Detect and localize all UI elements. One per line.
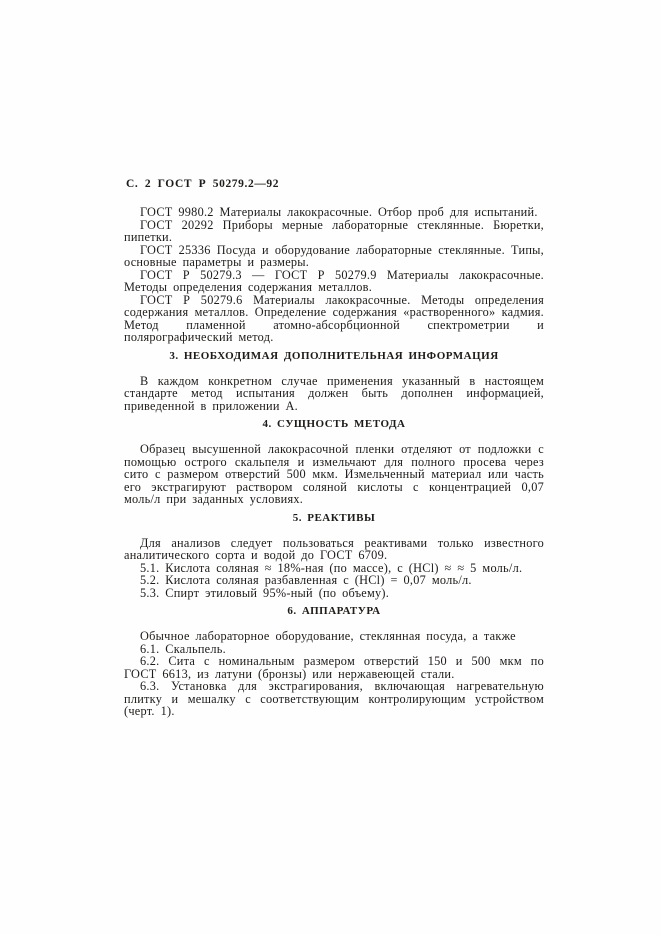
section-4-paragraph: Образец высушенной лакокрасочной пленки … xyxy=(124,443,544,506)
section-6-heading: 6. АППАРАТУРА xyxy=(124,605,544,617)
reference-item-gost-25336: ГОСТ 25336 Посуда и оборудование лаборат… xyxy=(124,244,544,269)
clause-6-3: 6.3. Установка для экстрагирования, вклю… xyxy=(124,680,544,718)
clause-6-2: 6.2. Сита с номинальным размером отверст… xyxy=(124,655,544,680)
running-header: С. 2 ГОСТ Р 50279.2—92 xyxy=(126,178,544,190)
text-block: С. 2 ГОСТ Р 50279.2—92 ГОСТ 9980.2 Матер… xyxy=(124,178,544,718)
reference-item-gost-r-50279-3-9: ГОСТ Р 50279.3 — ГОСТ Р 50279.9 Материал… xyxy=(124,269,544,294)
document-page: С. 2 ГОСТ Р 50279.2—92 ГОСТ 9980.2 Матер… xyxy=(0,0,661,935)
section-4-heading: 4. СУЩНОСТЬ МЕТОДА xyxy=(124,418,544,430)
section-3-heading: 3. НЕОБХОДИМАЯ ДОПОЛНИТЕЛЬНАЯ ИНФОРМАЦИЯ xyxy=(124,350,544,362)
section-3-paragraph: В каждом конкретном случае применения ук… xyxy=(124,375,544,413)
section-6-intro-paragraph: Обычное лабораторное оборудование, стекл… xyxy=(124,630,544,643)
section-5-heading: 5. РЕАКТИВЫ xyxy=(124,512,544,524)
clause-5-2: 5.2. Кислота соляная разбавленная с (HCl… xyxy=(124,574,544,587)
reference-item-gost-9980-2: ГОСТ 9980.2 Материалы лакокрасочные. Отб… xyxy=(124,206,544,219)
clause-5-3: 5.3. Спирт этиловый 95%-ный (по объему). xyxy=(124,587,544,600)
section-5-intro-paragraph: Для анализов следует пользоваться реакти… xyxy=(124,537,544,562)
reference-item-gost-20292: ГОСТ 20292 Приборы мерные лабораторные с… xyxy=(124,219,544,244)
reference-item-gost-r-50279-6: ГОСТ Р 50279.6 Материалы лакокрасочные. … xyxy=(124,294,544,344)
